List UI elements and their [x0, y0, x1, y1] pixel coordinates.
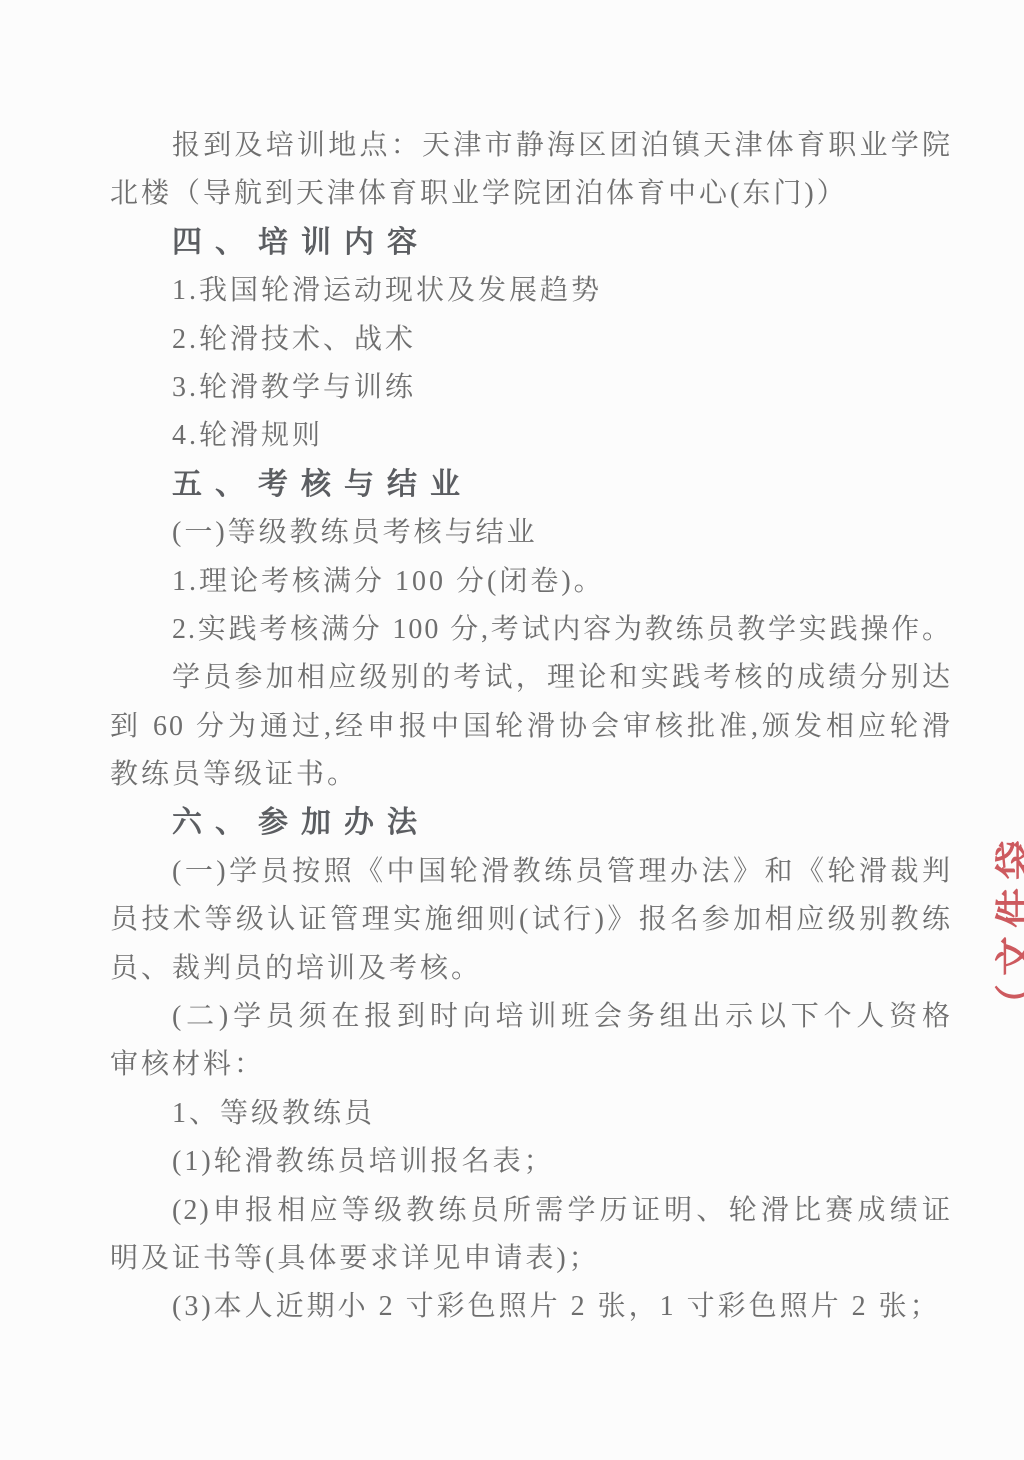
doc-line: 员技术等级认证管理实施细则(试行)》报名参加相应级别教练 — [110, 896, 952, 944]
doc-line: (1)轮滑教练员培训报名表； — [110, 1138, 952, 1186]
doc-line: 2.轮滑技术、战术 — [110, 316, 952, 364]
doc-line: (2)申报相应等级教练员所需学历证明、轮滑比赛成绩证 — [110, 1187, 952, 1235]
doc-line: 1、等级教练员 — [110, 1090, 952, 1138]
doc-line: 学员参加相应级别的考试，理论和实践考核的成绩分别达 — [110, 654, 952, 702]
doc-line: 报到及培训地点：天津市静海区团泊镇天津体育职业学院 — [110, 122, 952, 170]
doc-line: 到 60 分为通过,经申报中国轮滑协会审核批准,颁发相应轮滑 — [110, 703, 952, 751]
doc-line: (一)等级教练员考核与结业 — [110, 509, 952, 557]
red-margin-note-text: （文件袋 — [984, 832, 1024, 1024]
doc-line: 明及证书等(具体要求详见申请表)； — [110, 1235, 952, 1283]
doc-line: 1.理论考核满分 100 分(闭卷)。 — [110, 558, 952, 606]
doc-line: (3)本人近期小 2 寸彩色照片 2 张，1 寸彩色照片 2 张； — [110, 1283, 952, 1331]
document-text-block: 报到及培训地点：天津市静海区团泊镇天津体育职业学院 北楼（导航到天津体育职业学院… — [110, 122, 952, 1332]
doc-line: 3.轮滑教学与训练 — [110, 364, 952, 412]
doc-line: 员、裁判员的培训及考核。 — [110, 945, 952, 993]
section-heading-training-content: 四、培训内容 — [110, 219, 952, 267]
section-heading-assessment: 五、考核与结业 — [110, 461, 952, 509]
doc-line: 4.轮滑规则 — [110, 412, 952, 460]
document-page: 报到及培训地点：天津市静海区团泊镇天津体育职业学院 北楼（导航到天津体育职业学院… — [0, 0, 1024, 1460]
red-margin-note: （文件袋 — [978, 848, 1024, 1024]
doc-line: 审核材料： — [110, 1041, 952, 1089]
doc-line: 教练员等级证书。 — [110, 751, 952, 799]
doc-line: (二)学员须在报到时向培训班会务组出示以下个人资格 — [110, 993, 952, 1041]
doc-line: 1.我国轮滑运动现状及发展趋势 — [110, 267, 952, 315]
doc-line: 北楼（导航到天津体育职业学院团泊体育中心(东门)） — [110, 170, 952, 218]
section-heading-participation: 六、参加办法 — [110, 799, 952, 847]
doc-line: (一)学员按照《中国轮滑教练员管理办法》和《轮滑裁判 — [110, 848, 952, 896]
doc-line: 2.实践考核满分 100 分,考试内容为教练员教学实践操作。 — [110, 606, 952, 654]
